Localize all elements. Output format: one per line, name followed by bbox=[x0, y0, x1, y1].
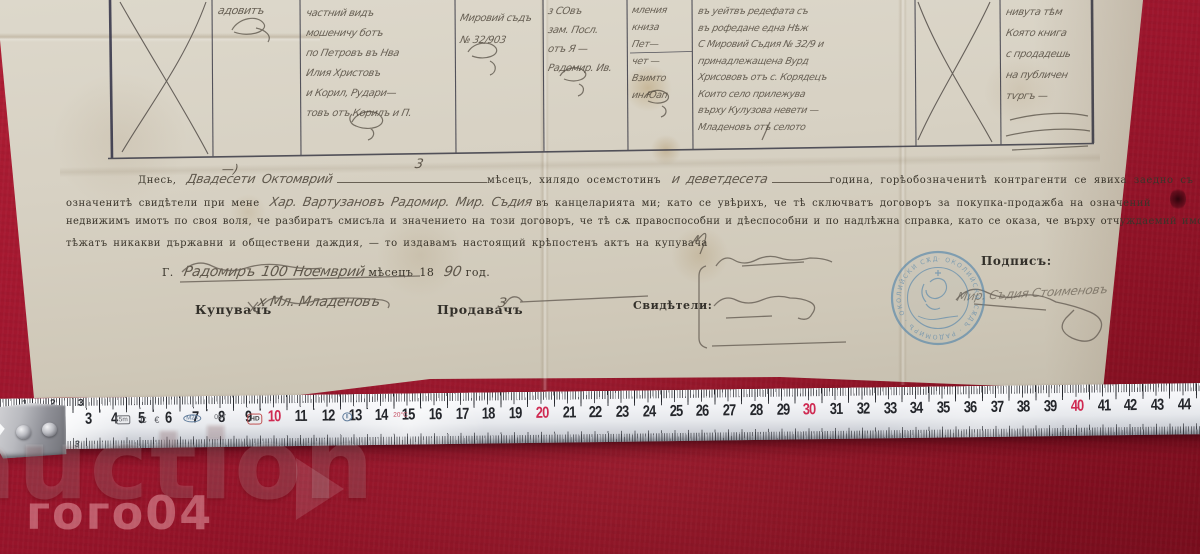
fabric-dark-spot bbox=[1170, 188, 1186, 210]
handwritten-entry: с продадешь bbox=[1004, 44, 1096, 65]
body-line4: тѣжатъ никакви държавни и обществени даж… bbox=[66, 238, 708, 249]
handwritten-dash-mark: —) bbox=[221, 162, 240, 176]
handwritten-entry: тѵргъ — bbox=[1004, 86, 1096, 107]
handwritten-entry: въ рофедане една Нѣж bbox=[696, 21, 917, 38]
handwritten-entry: нивута тѣм bbox=[1004, 2, 1096, 23]
ruler-number-31: 31 bbox=[830, 401, 843, 419]
body-line5: Г. Радомиръ 100 Ноемвриймѣсецъ 18 90год. bbox=[162, 264, 490, 280]
handwritten-fill: 90 bbox=[443, 264, 463, 280]
printed-text: год. bbox=[466, 266, 491, 279]
ruler-number-44: 44 bbox=[1177, 396, 1190, 414]
handwritten-entry: зам. Посл. bbox=[546, 21, 630, 40]
blank-rule bbox=[337, 173, 487, 183]
printed-text: мѣсецъ 18 bbox=[368, 266, 440, 279]
ruler-number-26: 26 bbox=[696, 403, 709, 421]
table-cell-cell-g: въ уейтвъ редефата съвъ рофедане една Нѣ… bbox=[698, 4, 916, 136]
printed-text: тѣжатъ никакви държавни и обществени даж… bbox=[66, 238, 708, 249]
handwritten-fill: Радомиръ 100 Ноемврий bbox=[182, 264, 365, 280]
ruler-number-20: 20 bbox=[535, 405, 548, 423]
ruler-number-34: 34 bbox=[910, 400, 923, 418]
handwritten-entry: по Петровъ въ Нва bbox=[304, 44, 458, 64]
handwritten-entry: въ уейтвъ редефата съ bbox=[696, 4, 917, 21]
handwritten-entry: товъ отъ Корилъ и П. bbox=[304, 104, 458, 124]
ruler-number-25: 25 bbox=[669, 403, 682, 421]
ruler-number-19: 19 bbox=[509, 405, 522, 423]
handwritten-entry: принадлежащена Вурд bbox=[696, 54, 917, 71]
handwritten-entry: Пет— bbox=[630, 36, 695, 53]
handwritten-entry: Които село прилежува bbox=[696, 87, 917, 104]
printed-text: въ канцеларията ми; като се увѣрихъ, че … bbox=[536, 198, 1151, 209]
body-line3: недвижимъ имотъ по своя воля, че разбира… bbox=[66, 216, 1200, 227]
handwritten-entry: адовитъ bbox=[216, 0, 300, 22]
ruler-number-28: 28 bbox=[749, 402, 762, 420]
printed-text: недвижимъ имотъ по своя воля, че разбира… bbox=[66, 216, 1200, 227]
ruler-number-30: 30 bbox=[803, 401, 816, 419]
handwritten-entry: отъ Я — bbox=[546, 40, 630, 59]
ruler-number-39: 39 bbox=[1044, 398, 1057, 416]
printed-text: Днесь, bbox=[138, 175, 183, 186]
handwritten-entry: Която книга bbox=[1004, 23, 1096, 44]
ruler-number-29: 29 bbox=[776, 402, 789, 420]
handwritten-fill: Хар. Вартузановъ Радомир. Мир. Съдия bbox=[268, 194, 533, 209]
ruler-number-14: 14 bbox=[375, 407, 388, 425]
handwritten-entry: Илия Христовъ bbox=[304, 64, 458, 84]
ruler-number-27: 27 bbox=[723, 402, 736, 420]
table-cell-cell-f: млениякнизаПет—чет —Взимтоин Юап bbox=[632, 2, 694, 104]
handwritten-entry: книза bbox=[630, 19, 695, 36]
body-line2: означенитѣ свидѣтели при мене Хар. Варту… bbox=[66, 194, 1151, 209]
handwritten-fill: Двадесети Октомврий bbox=[186, 171, 334, 186]
ruler-number-37: 37 bbox=[990, 399, 1003, 417]
ruler-number-42: 42 bbox=[1124, 397, 1137, 415]
printed-text: означенитѣ свидѣтели при мене bbox=[66, 198, 266, 209]
handwritten-entry: Взимто bbox=[630, 70, 695, 87]
ruler-number-21: 21 bbox=[562, 404, 575, 422]
photo-scene: адовитъчастний видъмошеничу ботъпо Петро… bbox=[0, 0, 1200, 554]
buyer-signature-text: х Мл. Младеновъ bbox=[257, 294, 382, 310]
username-watermark: гого04 bbox=[26, 486, 213, 540]
printed-text: мѣсецъ, хилядо осемстотинъ bbox=[487, 175, 668, 186]
ruler-number-22: 22 bbox=[589, 404, 602, 422]
ruler-number-41: 41 bbox=[1097, 397, 1110, 415]
handwritten-entry: С Мировий Съдия № 32/9 и bbox=[696, 37, 917, 54]
handwritten-entry: з СОвъ bbox=[546, 2, 630, 21]
ruler-number-24: 24 bbox=[642, 403, 655, 421]
table-cell-cell-d: Мировий съдъ№ 32/903 bbox=[460, 8, 546, 52]
ruler-number-32: 32 bbox=[856, 401, 869, 419]
handwritten-entry: върху Кулузова невети — bbox=[696, 103, 917, 120]
handwritten-entry: Мировий съдъ bbox=[458, 8, 548, 30]
ruler-number-17: 17 bbox=[455, 406, 468, 424]
table-cell-cell-e: з СОвъзам. Посл.отъ Я —Радомир. Ив. bbox=[548, 2, 628, 78]
ruler-number-16: 16 bbox=[428, 406, 441, 424]
handwritten-entry: частний видъ bbox=[304, 4, 458, 24]
handwritten-fill: и деветдесета bbox=[671, 171, 769, 186]
handwritten-entry: ин Юап bbox=[630, 87, 695, 104]
ruler-number-43: 43 bbox=[1151, 397, 1164, 415]
handwritten-entry: и Корил, Рудари— bbox=[304, 84, 458, 104]
handwritten-entry: Младеновъ отъ селото bbox=[696, 120, 917, 137]
table-cell-cell-b: адовитъ bbox=[218, 0, 298, 22]
blank-rule bbox=[772, 173, 830, 183]
seller-label: Продавачъ bbox=[437, 302, 523, 317]
body-line1: Днесь, Двадесети Октомвриймѣсецъ, хилядо… bbox=[138, 171, 1194, 186]
handwritten-entry: мления bbox=[630, 2, 695, 19]
table-cell-cell-c: частний видъмошеничу ботъпо Петровъ въ Н… bbox=[306, 4, 456, 124]
ruler-number-33: 33 bbox=[883, 400, 896, 418]
printed-text: Г. bbox=[162, 266, 180, 279]
witnesses-label: Свидѣтели: bbox=[633, 299, 712, 312]
handwritten-entry: чет — bbox=[630, 53, 695, 70]
ruler-marking-20°C: 20°C bbox=[393, 412, 408, 419]
handwritten-entry: № 32/903 bbox=[458, 30, 548, 52]
handwritten-entry: Радомир. Ив. bbox=[546, 59, 630, 78]
ruler-number-40: 40 bbox=[1070, 398, 1083, 416]
ruler-number-35: 35 bbox=[937, 399, 950, 417]
handwritten-entry: на публичен bbox=[1004, 65, 1096, 86]
signature-label: Подписъ: bbox=[981, 254, 1052, 268]
ruler-number-38: 38 bbox=[1017, 398, 1030, 416]
ruler-number-18: 18 bbox=[482, 405, 495, 423]
play-triangle-watermark bbox=[296, 458, 344, 520]
printed-text: година, горѣобозначенитѣ контрагенти се … bbox=[830, 175, 1194, 186]
handwritten-entry: Хрисововъ отъ с. Корядецъ bbox=[696, 70, 917, 87]
handwritten-entry: мошеничу ботъ bbox=[304, 24, 458, 44]
table-cell-cell-i: нивута тѣмКоято книгас продадешьна публи… bbox=[1006, 2, 1094, 107]
ruler-number-36: 36 bbox=[963, 399, 976, 417]
ruler-number-23: 23 bbox=[616, 404, 629, 422]
